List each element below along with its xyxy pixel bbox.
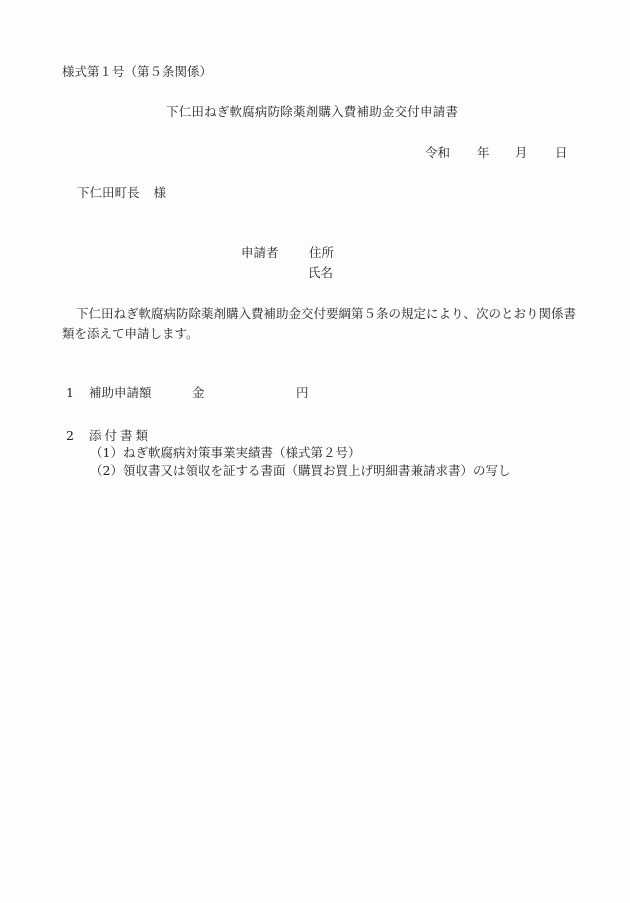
amount-suffix: 円 (296, 385, 309, 401)
item-2-label: 添付書類 (89, 428, 151, 444)
date-era: 令和 (425, 145, 450, 161)
name-label: 氏名 (308, 265, 333, 281)
body-paragraph: 下仁田ねぎ軟腐病防除薬剤購入費補助金交付要綱第５条の規定により、次のとおり関係書… (62, 304, 582, 344)
addressee-name: 下仁田町長 (77, 185, 140, 200)
address-label: 住所 (309, 245, 334, 261)
item-2-number: 2 (66, 428, 74, 444)
applicant-label: 申請者 (241, 245, 279, 261)
attachment-item: （2）領収書又は領収を証する書面（購買お買上げ明細書兼請求書）の写し (90, 463, 510, 479)
item-1-number: 1 (66, 385, 74, 401)
item-1-label: 補助申請額 (89, 385, 152, 401)
addressee-honorific: 様 (154, 185, 167, 200)
document-page: 様式第１号（第５条関係） 下仁田ねぎ軟腐病防除薬剤購入費補助金交付申請書 令和 … (0, 0, 630, 903)
document-title: 下仁田ねぎ軟腐病防除薬剤購入費補助金交付申請書 (166, 104, 458, 120)
form-number: 様式第１号（第５条関係） (62, 64, 212, 80)
addressee: 下仁田町長様 (77, 185, 166, 201)
amount-prefix: 金 (192, 385, 205, 401)
date-year-label: 年 (477, 145, 490, 161)
date-month-label: 月 (515, 145, 528, 161)
attachment-item: （1）ねぎ軟腐病対策事業実績書（様式第２号） (90, 445, 360, 461)
date-day-label: 日 (555, 145, 568, 161)
